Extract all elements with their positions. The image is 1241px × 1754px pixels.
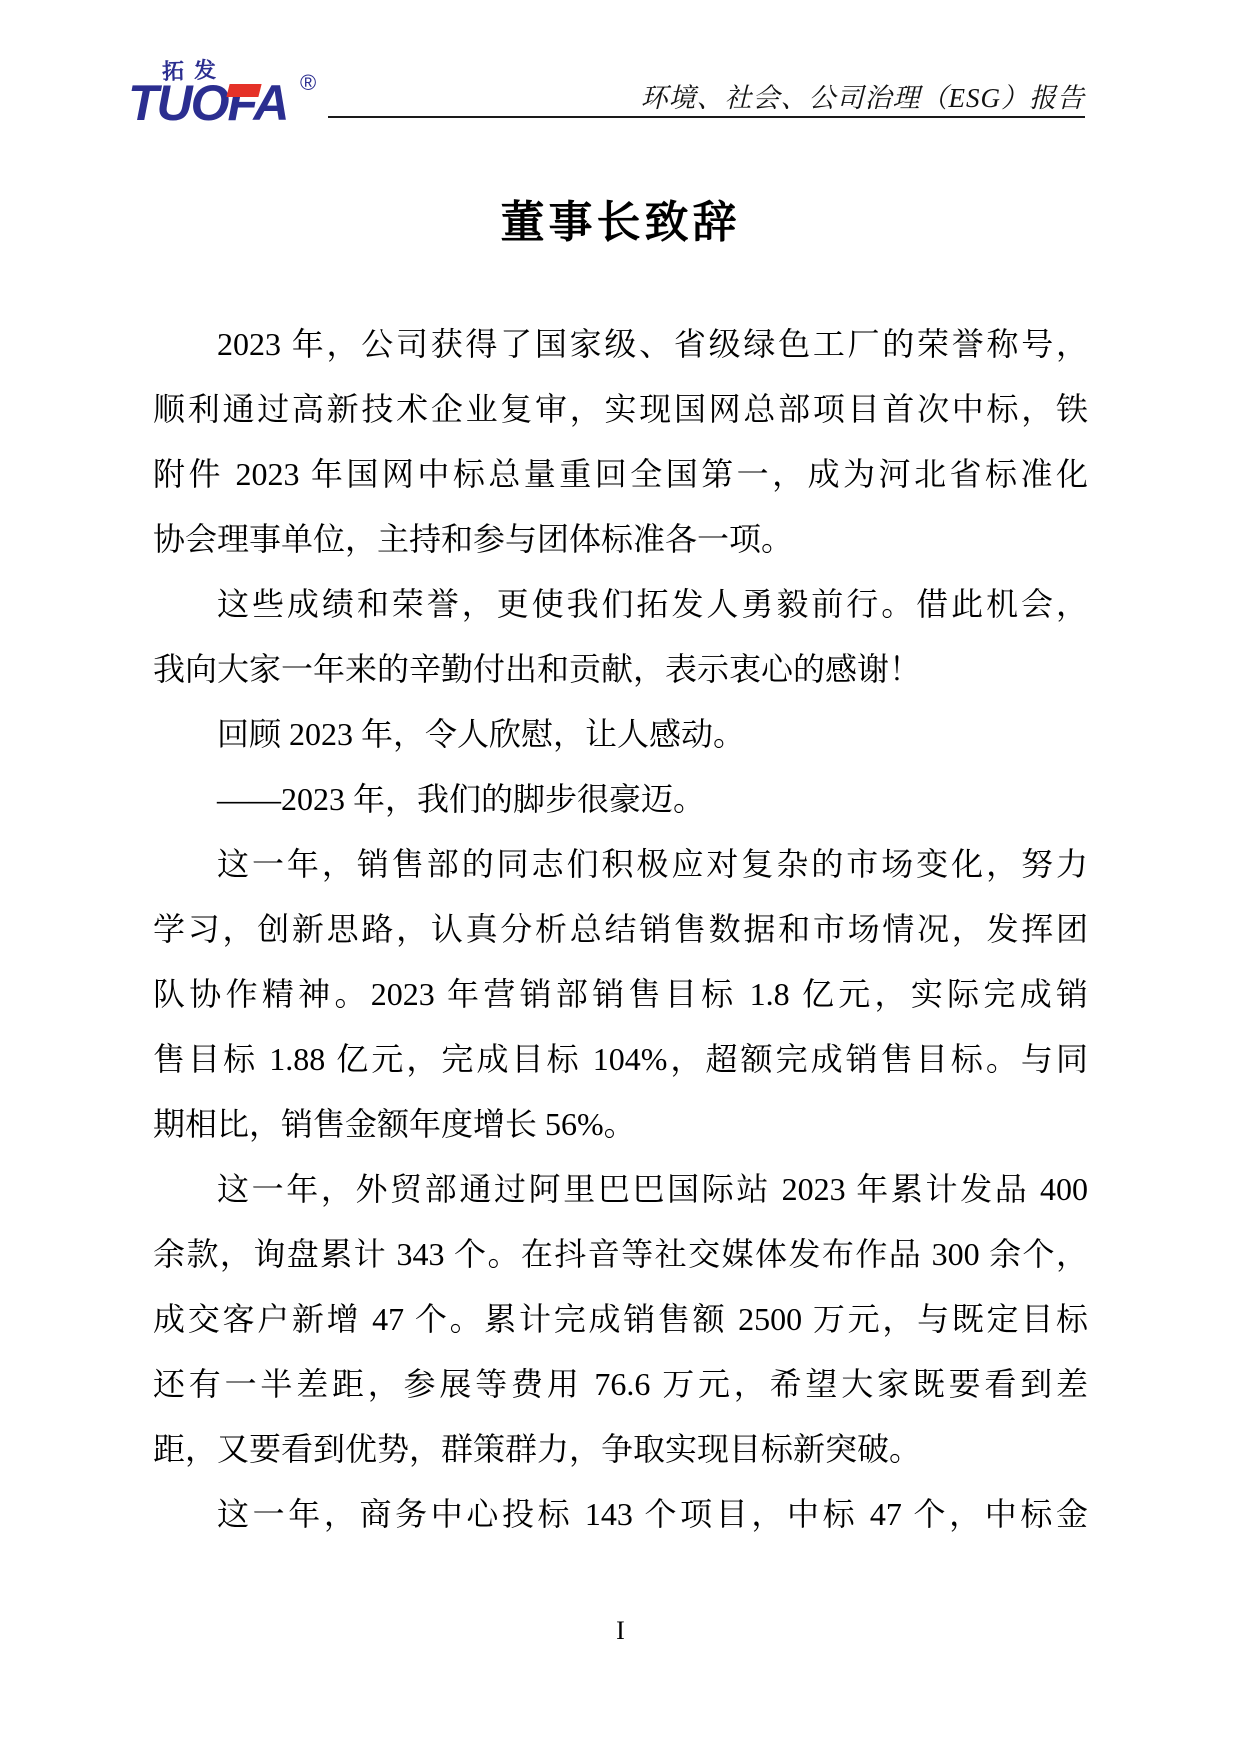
company-logo: 拓发 TUOFA ® <box>128 54 328 146</box>
document-title: 环境、社会、公司治理（ESG）报告 <box>641 76 1086 115</box>
body-line: 成交客户新增 47 个。累计完成销售额 2500 万元，与既定目标 <box>153 1287 1088 1352</box>
body-line: 学习，创新思路，认真分析总结销售数据和市场情况，发挥团 <box>153 897 1088 962</box>
body-line: 这一年，商务中心投标 143 个项目，中标 47 个，中标金 <box>153 1482 1088 1547</box>
body-line: 顺利通过高新技术企业复审，实现国网总部项目首次中标，铁 <box>153 377 1088 442</box>
body-line: 余款，询盘累计 343 个。在抖音等社交媒体发布作品 300 余个， <box>153 1222 1088 1287</box>
page-number: I <box>0 1616 1241 1646</box>
page-title: 董事长致辞 <box>0 186 1241 250</box>
body-line: 售目标 1.88 亿元，完成目标 104%，超额完成销售目标。与同 <box>153 1027 1088 1092</box>
body-line: ——2023 年，我们的脚步很豪迈。 <box>153 767 1088 832</box>
body-line: 附件 2023 年国网中标总量重回全国第一，成为河北省标准化 <box>153 442 1088 507</box>
body-text: 2023 年，公司获得了国家级、省级绿色工厂的荣誉称号，顺利通过高新技术企业复审… <box>153 312 1088 1547</box>
body-line: 这些成绩和荣誉，更使我们拓发人勇毅前行。借此机会， <box>153 572 1088 637</box>
logo-red-accent <box>226 84 261 97</box>
body-line: 队协作精神。2023 年营销部销售目标 1.8 亿元，实际完成销 <box>153 962 1088 1027</box>
body-line: 2023 年，公司获得了国家级、省级绿色工厂的荣誉称号， <box>153 312 1088 377</box>
body-line: 协会理事单位，主持和参与团体标准各一项。 <box>153 507 1088 572</box>
body-line: 我向大家一年来的辛勤付出和贡献，表示衷心的感谢！ <box>153 637 1088 702</box>
body-line: 期相比，销售金额年度增长 56%。 <box>153 1092 1088 1157</box>
report-page: 拓发 TUOFA ® 环境、社会、公司治理（ESG）报告 董事长致辞 2023 … <box>0 0 1241 1754</box>
body-line: 还有一半差距，参展等费用 76.6 万元，希望大家既要看到差 <box>153 1352 1088 1417</box>
body-line: 距，又要看到优势，群策群力，争取实现目标新突破。 <box>153 1417 1088 1482</box>
body-line: 这一年，销售部的同志们积极应对复杂的市场变化，努力 <box>153 832 1088 897</box>
body-line: 这一年，外贸部通过阿里巴巴国际站 2023 年累计发品 400 <box>153 1157 1088 1222</box>
body-line: 回顾 2023 年，令人欣慰，让人感动。 <box>153 702 1088 767</box>
registered-trademark-icon: ® <box>300 70 316 96</box>
header-rule: 环境、社会、公司治理（ESG）报告 <box>328 78 1085 118</box>
logo-wordmark: TUOFA <box>128 78 287 128</box>
